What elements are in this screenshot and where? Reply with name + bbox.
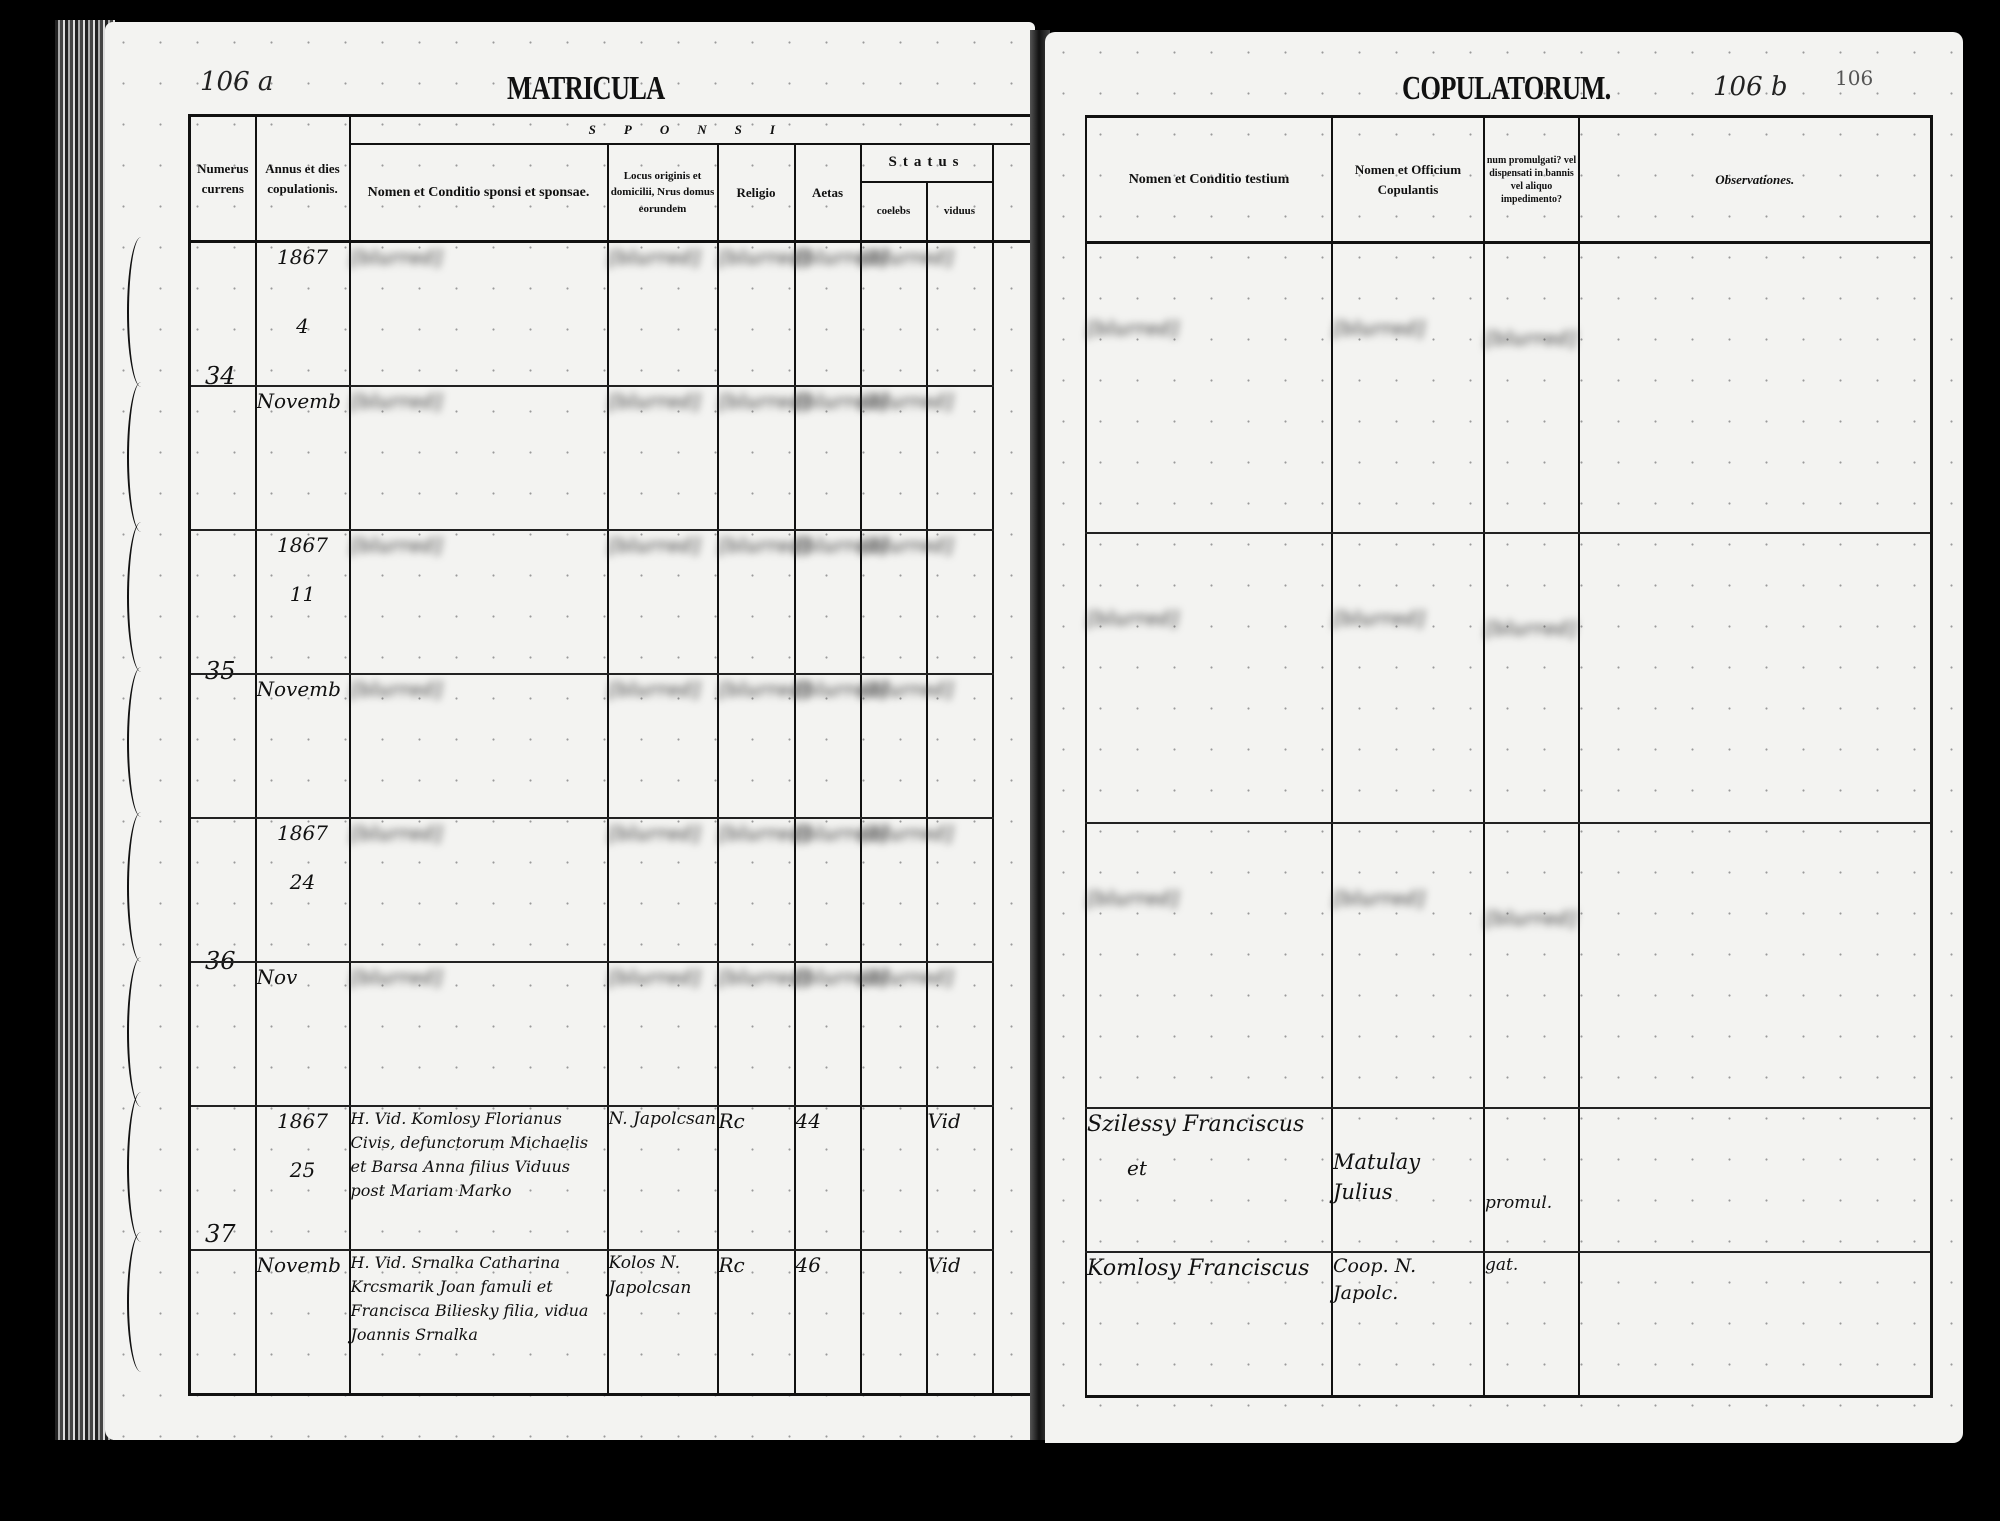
promulgati-cell: [blurred] [1484, 823, 1579, 1108]
table-row: Novemb [blurred] [blurred] [blurred] [bl… [190, 386, 1043, 530]
header-viduus: viduus [927, 182, 993, 242]
sponsus-status: [blurred] [861, 818, 927, 962]
sponsus-status: [blurred] [861, 242, 927, 387]
copulatorum-table: Nomen et Conditio testium Nomen et Offic… [1085, 115, 1933, 1398]
sponsa-religio: [blurred] [718, 386, 795, 530]
entry-day: 11 [257, 580, 349, 609]
sponsus-name: H. Vid. Komlosy Florianus Civis, defunct… [350, 1106, 608, 1250]
sponsus-aetas: [blurred] [795, 818, 861, 962]
entry-day: 24 [257, 868, 349, 897]
folio-right: 106 b [1713, 72, 1788, 102]
sponsa-religio: [blurred] [718, 962, 795, 1106]
header-religio: Religio [718, 144, 795, 242]
page-title-left: MATRICULA [507, 70, 665, 108]
sponsus-name: [blurred] [350, 242, 608, 387]
header-aetas: Aetas [795, 144, 861, 242]
promulgati-value: promul. [1485, 1191, 1578, 1216]
header-nomen: Nomen et Conditio sponsi et sponsae. [350, 144, 608, 242]
sponsus-aetas: [blurred] [795, 530, 861, 674]
header-copulantis: Nomen et Officium Copulantis [1332, 117, 1484, 243]
sponsa-aetas: 46 [795, 1250, 861, 1395]
table-row: Nov [blurred] [blurred] [blurred] [blurr… [190, 962, 1043, 1106]
header-observationes: Observationes. [1579, 117, 1931, 243]
entry-brace [127, 237, 155, 387]
sponsa-name: [blurred] [350, 962, 608, 1106]
copulans-cell: [blurred] [1332, 823, 1484, 1108]
header-testium: Nomen et Conditio testium [1086, 117, 1332, 243]
page-title-right: COPULATORUM. [1402, 70, 1610, 108]
table-row: [blurred] [blurred] [blurred] [1086, 823, 1931, 1108]
entry-brace [127, 812, 155, 962]
sponsa-name: [blurred] [350, 674, 608, 818]
entry-brace [127, 1232, 155, 1372]
sponsa-religio: Rc [718, 1250, 795, 1395]
entry-day: 25 [257, 1156, 349, 1185]
observationes-cell [1579, 1252, 1931, 1397]
table-row: Novemb H. Vid. Srnalka Catharina Krcsmar… [190, 1250, 1043, 1395]
sponsus-aetas: 44 [795, 1106, 861, 1250]
sponsa-status: [blurred] [861, 674, 927, 818]
observationes-cell [1579, 823, 1931, 1108]
sponsa-name: [blurred] [350, 386, 608, 530]
sponsus-name: [blurred] [350, 530, 608, 674]
header-coelebs: coelebs [861, 182, 927, 242]
folio-left: 106 a [200, 67, 273, 97]
entry-brace [127, 382, 155, 532]
table-row: Novemb [blurred] [blurred] [blurred] [bl… [190, 674, 1043, 818]
sponsa-locus: [blurred] [608, 674, 718, 818]
copulans-office: Coop. N. Japolc. [1332, 1252, 1484, 1397]
sponsus-locus: [blurred] [608, 242, 718, 387]
left-page: 106 a MATRICULA 34 35 36 37 Numerus curr… [105, 22, 1035, 1440]
table-row: 186711 [blurred] [blurred] [blurred] [bl… [190, 530, 1043, 674]
header-promulgati: num promulgati? vel dispensati in bannis… [1484, 117, 1579, 243]
testis-1: Szilessy Franciscus [1087, 1109, 1331, 1141]
entry-month: Novemb [256, 386, 350, 530]
sponsa-status: [blurred] [861, 962, 927, 1106]
observationes-cell [1579, 533, 1931, 823]
sponsus-aetas: [blurred] [795, 242, 861, 387]
header-annus: Annus et dies copulationis. [256, 116, 350, 242]
entry-year: 1867 [257, 1107, 349, 1136]
sponsus-status: [blurred] [861, 530, 927, 674]
promulgati-cell: [blurred] [1484, 243, 1579, 533]
sponsa-locus: Kolos N. Japolcsan [608, 1250, 718, 1395]
testis-conjunction: et [1127, 1154, 1331, 1183]
observationes-cell [1579, 243, 1931, 533]
entry-year: 1867 [257, 243, 349, 272]
entry-brace [127, 957, 155, 1107]
page-number: 106 [1835, 66, 1873, 90]
entry-year: 1867 [257, 819, 349, 848]
testes-cell: [blurred] [1086, 823, 1332, 1108]
header-numerus: Numerus currens [190, 116, 256, 242]
table-row: Szilessy Franciscus et Matulay Julius pr… [1086, 1108, 1931, 1252]
header-sponsi: SPONSI [350, 116, 1043, 144]
sponsa-name: H. Vid. Srnalka Catharina Krcsmarik Joan… [350, 1250, 608, 1395]
header-locus: Locus originis et domicilii, Nrus domus … [608, 144, 718, 242]
entry-day: 4 [257, 312, 349, 341]
sponsus-religio: [blurred] [718, 530, 795, 674]
table-row: 186725 H. Vid. Komlosy Florianus Civis, … [190, 1106, 1043, 1250]
entry-brace [127, 667, 155, 817]
sponsa-aetas: [blurred] [795, 386, 861, 530]
testis-2: Komlosy Franciscus [1086, 1252, 1332, 1397]
sponsus-name: [blurred] [350, 818, 608, 962]
sponsus-locus: N. Japolcsan [608, 1106, 718, 1250]
table-row: [blurred] [blurred] [blurred] [1086, 533, 1931, 823]
entry-month: Novemb [256, 674, 350, 818]
promulgati-value: gat. [1484, 1252, 1579, 1397]
entry-year: 1867 [257, 531, 349, 560]
sponsus-religio: [blurred] [718, 818, 795, 962]
sponsus-locus: [blurred] [608, 818, 718, 962]
sponsa-locus: [blurred] [608, 386, 718, 530]
sponsus-status: Vid [927, 1106, 993, 1250]
right-page: COPULATORUM. 106 b 106 Nomen et Conditio… [1045, 32, 1963, 1443]
sponsus-locus: [blurred] [608, 530, 718, 674]
entry-month: Nov [256, 962, 350, 1106]
sponsa-religio: [blurred] [718, 674, 795, 818]
observationes-cell [1579, 1108, 1931, 1252]
sponsa-status: Vid [927, 1250, 993, 1395]
sponsi-table: Numerus currens Annus et dies copulation… [188, 114, 1044, 1396]
testes-cell: [blurred] [1086, 243, 1332, 533]
promulgati-cell: [blurred] [1484, 533, 1579, 823]
table-row: Komlosy Franciscus Coop. N. Japolc. gat. [1086, 1252, 1931, 1397]
header-status: Status [861, 144, 993, 182]
sponsa-status: [blurred] [861, 386, 927, 530]
entry-brace [127, 1092, 155, 1242]
copulans-name: Matulay Julius [1333, 1147, 1483, 1208]
testes-cell: [blurred] [1086, 533, 1332, 823]
sponsa-aetas: [blurred] [795, 962, 861, 1106]
table-row: [blurred] [blurred] [blurred] [1086, 243, 1931, 533]
entry-brace [127, 522, 155, 672]
entry-month: Novemb [256, 1250, 350, 1395]
sponsa-locus: [blurred] [608, 962, 718, 1106]
sponsus-religio: Rc [718, 1106, 795, 1250]
sponsus-religio: [blurred] [718, 242, 795, 387]
sponsa-aetas: [blurred] [795, 674, 861, 818]
copulans-cell: [blurred] [1332, 533, 1484, 823]
table-row: 186724 [blurred] [blurred] [blurred] [bl… [190, 818, 1043, 962]
copulans-cell: [blurred] [1332, 243, 1484, 533]
table-row: 18674 [blurred] [blurred] [blurred] [blu… [190, 242, 1043, 387]
